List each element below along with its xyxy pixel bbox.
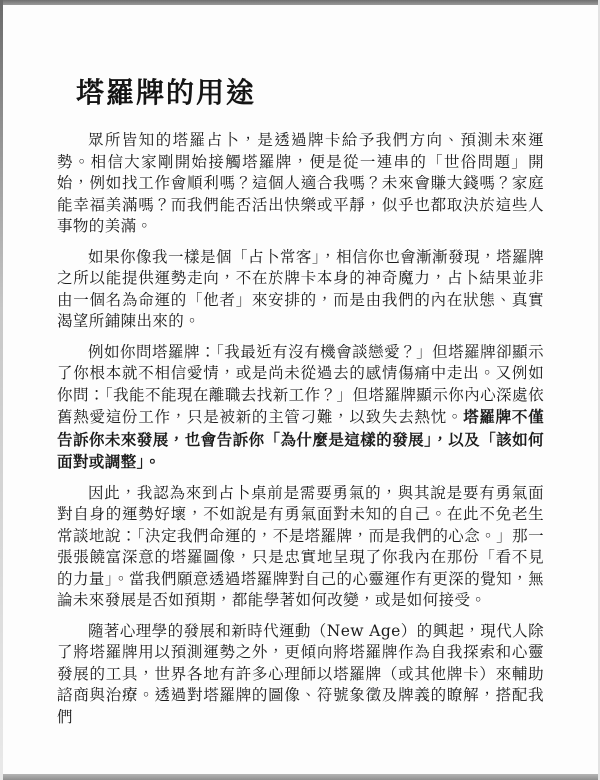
paragraph-courage: 因此，我認為來到占卜桌前是需要勇氣的，與其說是要有勇氣面對自身的運勢好壞，不如說… <box>57 483 544 612</box>
page-edge-top <box>0 0 600 5</box>
paragraph-intro-worldly-questions: 眾所皆知的塔羅占卜，是透過牌卡給予我們方向、預測未來運勢。相信大家剛開始接觸塔羅… <box>57 130 544 238</box>
page-title: 塔羅牌的用途 <box>76 77 544 109</box>
page-content: 塔羅牌的用途 眾所皆知的塔羅占卜，是透過牌卡給予我們方向、預測未來運勢。相信大家… <box>57 77 544 728</box>
paragraph-new-age: 隨著心理學的發展和新時代運動（New Age）的興起，現代人除了將塔羅牌用以預測… <box>57 621 544 729</box>
page-edge-bottom <box>0 774 600 780</box>
book-page: 塔羅牌的用途 眾所皆知的塔羅占卜，是透過牌卡給予我們方向、預測未來運勢。相信大家… <box>0 0 600 780</box>
page-edge-left <box>0 0 3 780</box>
paragraph-divination-regular: 如果你像我一樣是個「占卜常客」，相信你也會漸漸發現，塔羅牌之所以能提供運勢走向，… <box>57 247 544 333</box>
paragraph-examples: 例如你問塔羅牌：「我最近有沒有機會談戀愛？」但塔羅牌卻顯示了你根本就不相信愛情，… <box>57 342 544 474</box>
